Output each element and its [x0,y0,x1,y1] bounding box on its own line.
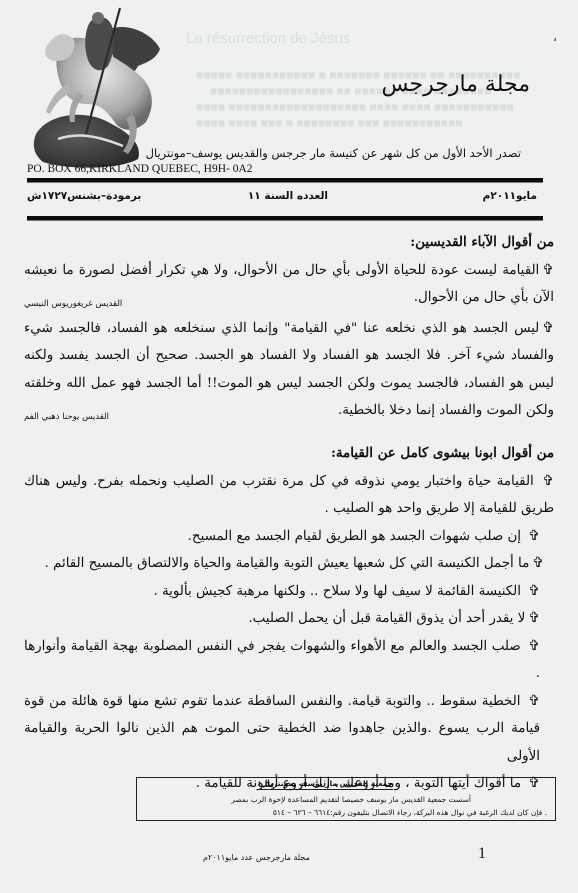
section-heading: من أقوال ابونا بيشوى كامل عن القيامة: [24,440,554,468]
quote-item: ✞ الكنيسة القائمة لا سيف لها ولا سلاح ..… [24,578,554,606]
quote-item: ✞لا يقدر أحد أن يذوق القيامة قبل أن يحمل… [24,605,554,633]
bleedthrough-line: ■■■■ ■■■■■■■■■■■■■■■■■■■ ■■■■ ■■■■ ■■■■■… [196,100,514,114]
quote-text: لا يقدر أحد أن يذوق القيامة قبل أن يحمل … [248,611,525,626]
note-box-text: أسست جمعية القديس مار يوسف خصيصا لتقديم … [231,795,471,804]
cross-icon: ✞ [542,320,554,336]
issue-info-bar: مايو٢٠١١م العدده السنة ١١ برمودة–بشنس١٧٢… [27,188,543,208]
publication-tagline: تصدر الأحد الأول من كل شهر عن كنيسة مار … [146,146,521,160]
cross-icon: ✞ [528,583,540,599]
quote-text: ما أجمل الكنيسة التي كل شعبها يعيش التوب… [45,556,530,571]
quote-item: ✞ صلب الجسد والعالم مع الأهواء والشهوات … [24,633,554,688]
quote-attribution: القديس غريغوريوس النيسي [24,298,122,310]
corner-mark: ، [553,30,557,44]
note-box-contact: . فإن كان لديك الرغبة في نوال هذه البركة… [273,808,547,817]
quote-text: القيامة حياة واختبار يومي نذوقه في كل مر… [24,474,554,517]
cross-icon: ✞ [542,473,554,489]
association-note-box: جمعية القديس مار يوسف بمونتريال: أسست جم… [136,777,556,821]
issue-number: العدده السنة ١١ [248,190,328,202]
cross-icon: ✞ [528,528,540,544]
section-fathers-sayings: من أقوال الآباء القديسين: ✞القيامة ليست … [24,229,554,425]
quote-item: ✞ما أجمل الكنيسة التي كل شعبها يعيش التو… [24,550,554,578]
quote-text: الكنيسة القائمة لا سيف لها ولا سلاح .. و… [153,584,521,599]
quote-item: ✞ الخطية سقوط .. والتوبة قيامة. والنفس ا… [24,688,554,771]
gregorian-date: مايو٢٠١١م [483,190,537,202]
cross-icon: ✞ [528,610,540,626]
quote-item: ✞ليس الجسد هو الذي نخلعه عنا "في القيامة… [24,315,554,425]
cross-icon: ✞ [542,262,554,278]
quote-text: صلب الجسد والعالم مع الأهواء والشهوات يف… [24,639,540,682]
coptic-date: برمودة–بشنس١٧٢٧ش [27,190,141,202]
quote-text: الخطية سقوط .. والتوبة قيامة. والنفس الس… [24,694,540,764]
bleedthrough-line: ■■■■ ■■■■ ■■■ ■ ■■■■■■■■ ■■■ ■■■■■■■■■■■ [196,116,462,130]
header-rule-bottom [27,216,543,220]
quote-text: إن صلب شهوات الجسد هو الطريق لقيام الجسد… [188,529,521,544]
newsletter-page: La résurrection de Jésus ■■■■■ ■■■■■■■■■… [0,0,578,893]
section-bishoy-kamel-sayings: من أقوال ابونا بيشوى كامل عن القيامة: ✞ … [24,440,554,798]
cross-icon: ✞ [528,693,540,709]
cross-icon: ✞ [528,638,540,654]
quote-item: ✞ القيامة حياة واختبار يومي نذوقه في كل … [24,468,554,523]
cross-icon: ✞ [532,555,544,571]
page-number: 1 [478,845,486,863]
quote-text: ليس الجسد هو الذي نخلعه عنا "في القيامة"… [24,321,554,419]
quote-item: ✞ إن صلب شهوات الجسد هو الطريق لقيام الج… [24,523,554,551]
header-rule-top [27,178,543,182]
footer-issue-label: مجلة مارجرجس عدد مايو٢٠١١م [203,853,310,862]
postal-address: PO. BOX 66,KIRKLAND QUEBEC, H9H- 0A2 [27,163,253,175]
section-heading: من أقوال الآباء القديسين: [24,229,554,257]
magazine-title: مجلة مارجرجس [381,72,530,97]
note-box-title: جمعية القديس مار يوسف بمونتريال: [258,779,393,790]
saint-george-emblem-icon [28,4,178,169]
bleedthrough-title: La résurrection de Jésus [186,30,350,47]
quote-item: ✞القيامة ليست عودة للحياة الأولى بأي حال… [24,257,554,312]
quote-attribution: القديس يوحنا ذهبي الفم [24,411,109,423]
